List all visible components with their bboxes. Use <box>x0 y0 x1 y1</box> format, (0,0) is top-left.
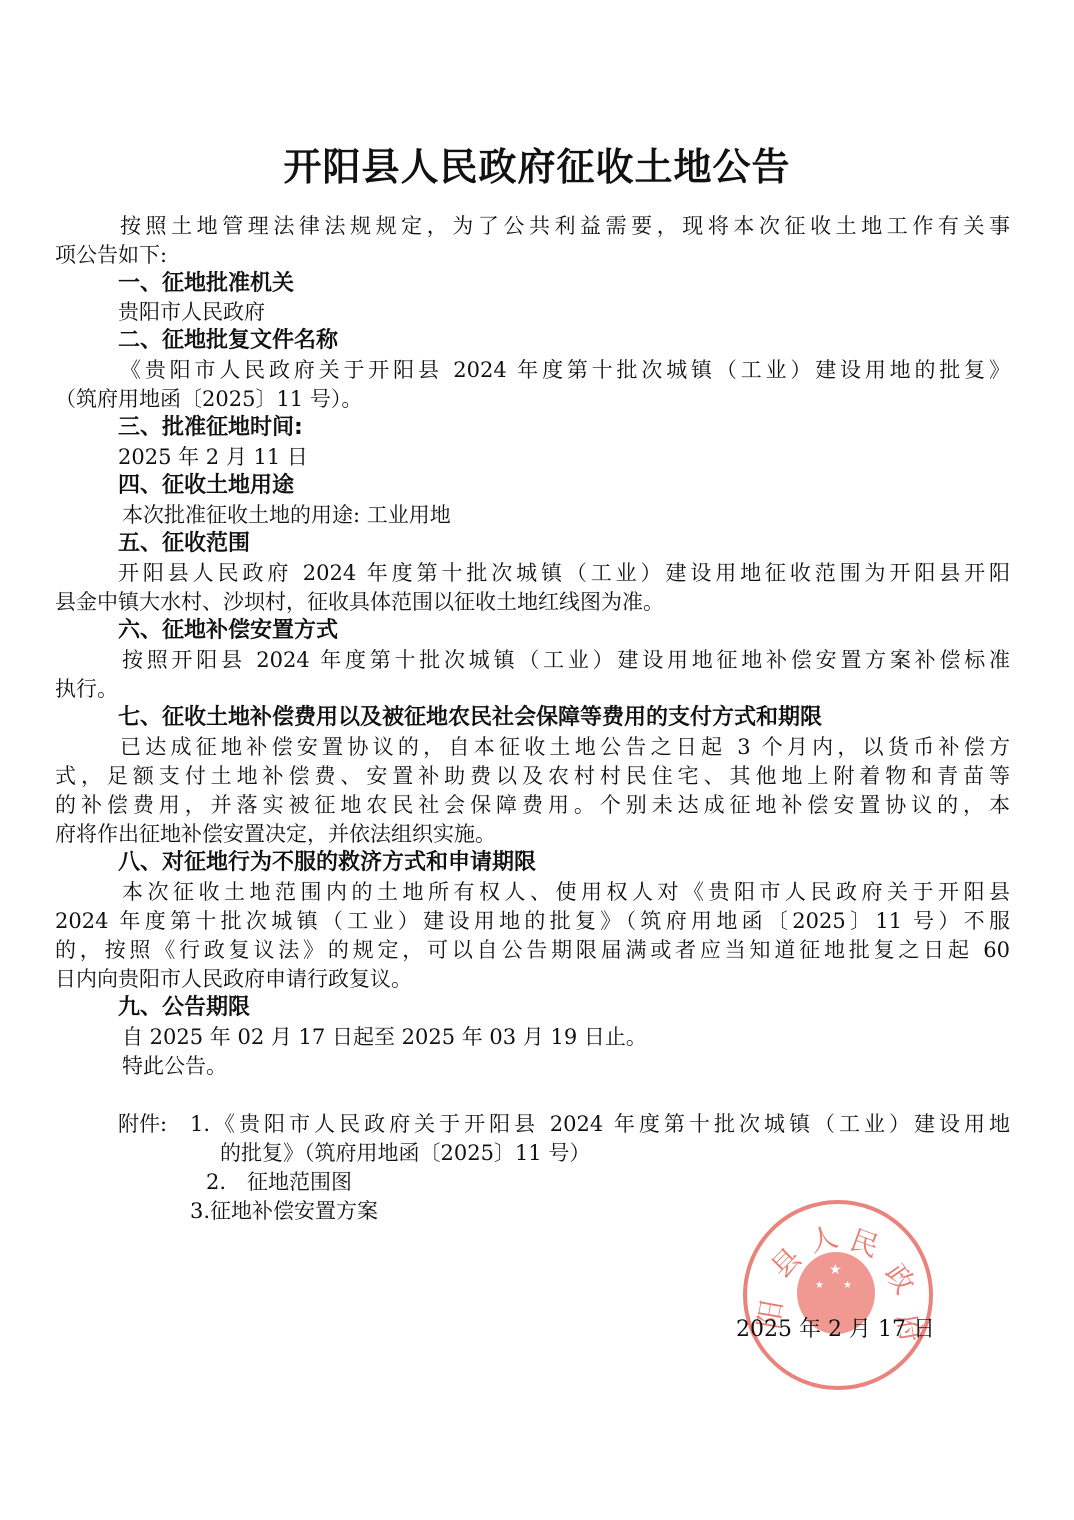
section-3-text: 2025 年 2 月 11 日 <box>118 443 308 471</box>
section-1-heading: 一、征地批准机关 <box>118 270 294 298</box>
section-9-text-1: 自 2025 年 02 月 17 日起至 2025 年 03 月 19 日止。 <box>122 1023 647 1051</box>
section-6-text-1: 按照开阳县 2024 年度第十批次城镇（工业）建设用地征地补偿安置方案补偿标准 <box>55 646 1010 674</box>
section-7-text-2: 式，足额支付土地补偿费、安置补助费以及农村村民住宅、其他地上附着物和青苗等 <box>55 762 1010 790</box>
section-5-heading: 五、征收范围 <box>118 530 250 558</box>
attachments-label: 附件: <box>118 1110 167 1138</box>
section-3-heading: 三、批准征地时间: <box>118 414 303 442</box>
section-8-text-3: 的，按照《行政复议法》的规定，可以自公告期限届满或者应当知道征地批复之日起 60 <box>55 936 1010 964</box>
section-7-text-4: 府将作出征地补偿安置决定，并依法组织实施。 <box>55 820 496 848</box>
section-2-heading: 二、征地批复文件名称 <box>118 327 338 355</box>
section-7-heading: 七、征收土地补偿费用以及被征地农民社会保障等费用的支付方式和期限 <box>118 704 822 732</box>
attachment-3: 3.征地补偿安置方案 <box>190 1197 378 1225</box>
section-8-text-2: 2024 年度第十批次城镇（工业）建设用地的批复》（筑府用地函〔2025〕11 … <box>55 907 1010 935</box>
document-title: 开阳县人民政府征收土地公告 <box>0 136 1074 191</box>
signature-date: 2025 年 2 月 17 日 <box>736 1312 935 1343</box>
attachment-2: 2. 征地范围图 <box>206 1168 352 1196</box>
section-4-text: 本次批准征收土地的用途: 工业用地 <box>122 501 451 529</box>
attachment-1-line-1: 1.《贵阳市人民政府关于开阳县 2024 年度第十批次城镇（工业）建设用地 <box>190 1110 1010 1138</box>
section-8-text-1: 本次征收土地范围内的土地所有权人、使用权人对《贵阳市人民政府关于开阳县 <box>55 878 1010 906</box>
intro-line-2: 项公告如下: <box>55 241 167 269</box>
section-1-text: 贵阳市人民政府 <box>118 298 265 326</box>
section-4-heading: 四、征收土地用途 <box>118 472 294 500</box>
intro-line-1: 按照土地管理法律法规规定，为了公共利益需要，现将本次征收土地工作有关事 <box>55 212 1010 240</box>
section-8-heading: 八、对征地行为不服的救济方式和申请期限 <box>118 849 536 877</box>
official-seal-stamp: ★ ★ ★ 阳 县 人 民 政 府 <box>743 1200 933 1390</box>
section-7-text-3: 的补偿费用，并落实被征地农民社会保障费用。个别未达成征地补偿安置协议的，本 <box>55 791 1010 819</box>
section-2-text-2: （筑府用地函〔2025〕11 号）。 <box>55 385 362 413</box>
section-8-text-4: 日内向贵阳市人民政府申请行政复议。 <box>55 965 412 993</box>
attachment-1-line-2: 的批复》（筑府用地函〔2025〕11 号） <box>220 1139 590 1167</box>
section-9-text-2: 特此公告。 <box>122 1052 227 1080</box>
section-6-heading: 六、征地补偿安置方式 <box>118 617 338 645</box>
section-9-heading: 九、公告期限 <box>118 994 250 1022</box>
section-6-text-2: 执行。 <box>55 675 118 703</box>
section-7-text-1: 已达成征地补偿安置协议的，自本征收土地公告之日起 3 个月内，以货币补偿方 <box>55 733 1010 761</box>
section-2-text-1: 《贵阳市人民政府关于开阳县 2024 年度第十批次城镇（工业）建设用地的批复》 <box>55 356 1010 384</box>
section-5-text-1: 开阳县人民政府 2024 年度第十批次城镇（工业）建设用地征收范围为开阳县开阳 <box>55 559 1010 587</box>
section-5-text-2: 县金中镇大水村、沙坝村，征收具体范围以征收土地红线图为准。 <box>55 588 664 616</box>
